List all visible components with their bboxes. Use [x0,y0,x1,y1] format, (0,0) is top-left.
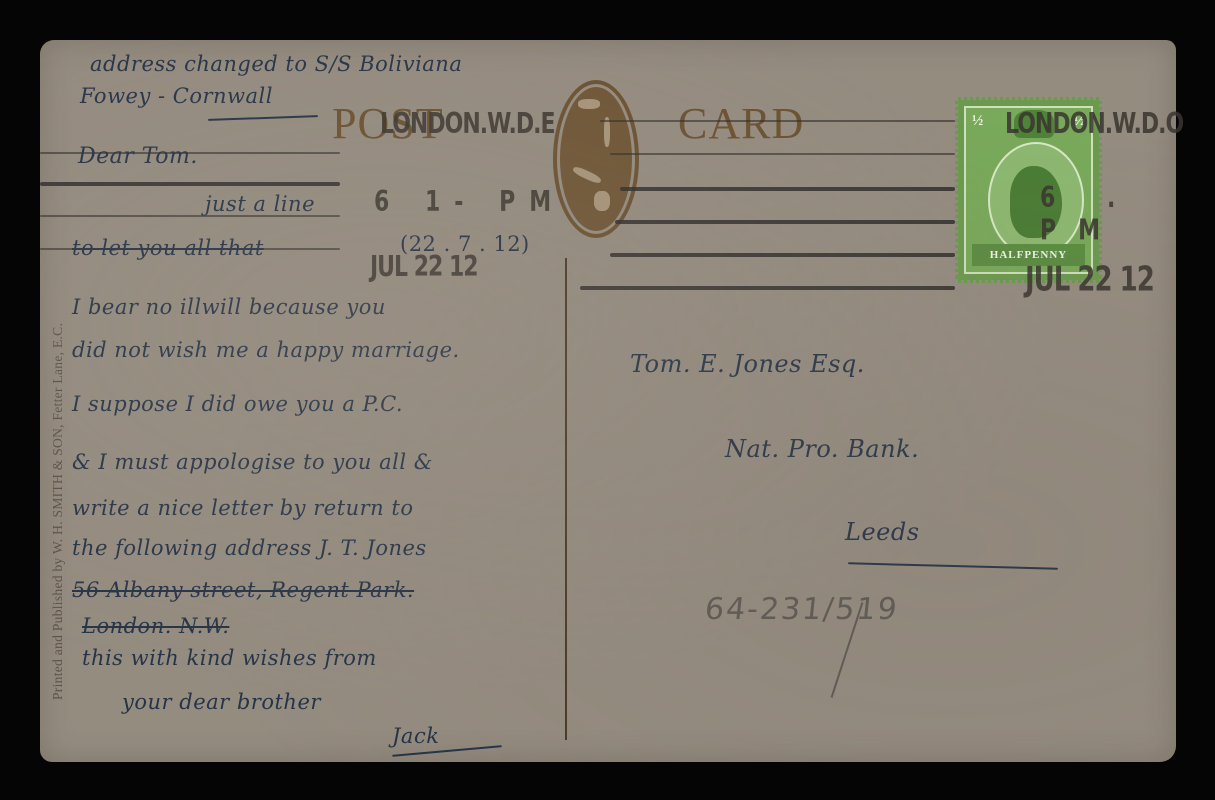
cancellation-line [610,153,955,155]
postmark-time-right: 6 . PM [1040,183,1176,248]
address-line3: Leeds [845,518,920,546]
salutation: Dear Tom. [78,144,198,169]
address-line2: Nat. Pro. Bank. [725,435,919,463]
cancellation-line [610,253,955,257]
center-divider [565,258,567,740]
message-line: this with kind wishes from [82,646,377,670]
portrait-icon [560,87,632,231]
message-line-struck: 56 Albany street, Regent Park. [72,578,414,602]
archive-reference: 64-231/519 [703,592,900,627]
address-underline [848,562,1058,569]
message-line: & I must appologise to you all & [72,450,433,474]
cancellation-line [620,187,955,191]
message-line: just a line [205,192,315,216]
message-line: to let you all that [72,236,264,260]
card-heading: CARD [678,98,804,149]
message-line-struck: London. N.W. [82,614,229,638]
message-line: the following address J. T. Jones [72,536,427,560]
postmark-office-right: LONDON.W.D.O [1005,108,1183,141]
signature: Jack [392,724,439,748]
cancellation-line [615,220,955,224]
stamp-denomination-left: ½ [972,114,983,128]
message-line: did not wish me a happy marriage. [72,338,460,362]
postcard-back: Printed and Published by W. H. SMITH & S… [40,40,1176,762]
address-line1: Tom. E. Jones Esq. [630,350,865,378]
date-note: (22 . 7 . 12) [400,232,530,256]
postmark-line [40,182,340,186]
postmark-date-right: JUL 22 12 [1025,261,1154,300]
message-header-line2: Fowey - Cornwall [80,84,273,108]
cancellation-line [580,286,955,290]
medallion-portrait [553,80,639,238]
message-header-line1: address changed to S/S Boliviana [90,52,462,76]
message-line: I suppose I did owe you a P.C. [72,392,403,416]
message-line: write a nice letter by return to [72,496,413,520]
postmark-date-left: JUL 22 12 [370,251,478,284]
printer-credit: Printed and Published by W. H. SMITH & S… [50,323,66,700]
postmark-office-left: LONDON.W.D.E [380,108,555,141]
postmark-time-left: 6 1- PM [374,186,565,219]
header-underline [208,115,318,121]
message-line: I bear no illwill because you [72,295,386,319]
message-line: your dear brother [122,690,321,714]
cancellation-line [600,120,955,122]
